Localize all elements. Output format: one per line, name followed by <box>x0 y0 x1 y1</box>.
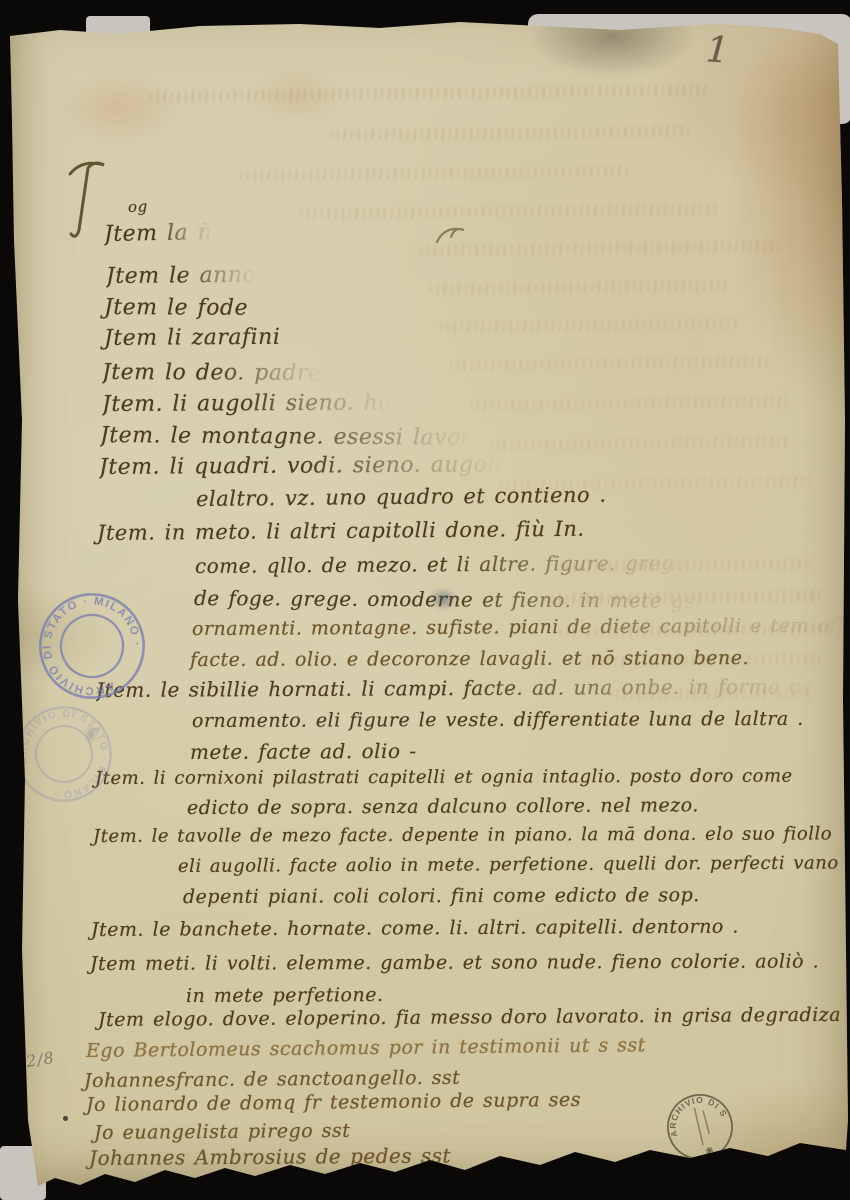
manuscript-line: mete. facte ad. olio - <box>190 739 417 764</box>
manuscript-line: ornamento. eli figure le veste. differen… <box>192 708 804 732</box>
manuscript-line: Johannes Ambrosius de pedes sst <box>89 1143 451 1170</box>
manuscript-line: Jtem la n̄ <box>104 220 213 247</box>
bleedthrough-line <box>330 126 690 141</box>
manuscript-line: Jtem. in meto. li altri capitolli done. … <box>97 517 585 545</box>
bleedthrough-line <box>470 396 790 411</box>
manuscript-line: Jtem lo deo. padre <box>102 360 322 386</box>
manuscript-line: Johannesfranc. de sanctoangello. sst <box>84 1067 461 1092</box>
manuscript-line: Ego Bertolomeus scachomus por in testimo… <box>86 1034 646 1062</box>
manuscript-line: Jtem. li quadri. vodi. sieno. augoll <box>99 452 503 480</box>
manuscript-scan: 1 ogJtem la n̄Jtem le annoJtem le fodeJt… <box>0 0 850 1200</box>
bleedthrough-line <box>490 436 790 451</box>
bleedthrough-line <box>430 280 730 295</box>
stamp-text: ARCHIVIO DI STATO ∙ MILANO ∙ <box>8 698 120 809</box>
svg-text:ARCHIVIO DI STATO ∙ MILANO ∙: ARCHIVIO DI STATO ∙ MILANO ∙ <box>8 698 120 809</box>
pencil-archive-note: 2/8 <box>25 1048 56 1071</box>
manuscript-paper: 1 ogJtem la n̄Jtem le annoJtem le fodeJt… <box>0 0 850 1200</box>
manuscript-line: Jtem. li augolli sieno. ho <box>102 390 392 417</box>
manuscript-line: Jtem meti. li volti. elemme. gambe. et s… <box>90 950 819 975</box>
bleedthrough-line <box>240 166 630 182</box>
bleedthrough-line <box>450 356 770 371</box>
bleedthrough-line <box>440 318 740 333</box>
manuscript-line: elaltro. vz. uno quadro et contieno . <box>196 483 607 511</box>
manuscript-line: Jtem le fode <box>104 295 248 321</box>
manuscript-line: Jtem. le montagne. esessi lavor <box>100 423 472 451</box>
stamp-text: ARCHIVIO DI STATO <box>658 1085 730 1141</box>
ink-smudge <box>424 584 462 614</box>
red-speck <box>383 1174 390 1181</box>
folio-number: 1 <box>705 29 731 71</box>
ink-mark <box>84 722 98 746</box>
manuscript-line: in mete perfetione. <box>186 984 384 1007</box>
manuscript-line: Jtem elogo. dove. eloperino. fia messo d… <box>98 1004 850 1031</box>
manuscript-line: depenti piani. coli colori. fini come ed… <box>183 884 700 908</box>
manuscript-line: edicto de sopra. senza dalcuno collore. … <box>187 794 699 819</box>
manuscript-line: og <box>128 197 148 216</box>
manuscript-line: come. qllo. de mezo. et li altre. figure… <box>195 551 693 578</box>
svg-text:✱: ✱ <box>704 1145 716 1158</box>
manuscript-line: Jo euangelista pirego sst <box>94 1120 350 1144</box>
manuscript-line: Jo lionardo de domq fr testemonio de sup… <box>86 1089 581 1116</box>
black-speck <box>63 1116 68 1121</box>
manuscript-line: Jtem li zarafini <box>104 325 280 351</box>
manuscript-line: ornamenti. montagne. sufiste. piani de d… <box>192 614 850 640</box>
manuscript-line: Jtem le anno <box>106 263 257 289</box>
manuscript-line: Jtem. le tavolle de mezo facte. depente … <box>93 823 832 847</box>
archivio-stamp-black: ARCHIVIO DI STATO ✱ <box>651 1078 750 1177</box>
bleedthrough-line <box>300 203 720 219</box>
bleedthrough-line <box>150 85 710 103</box>
flourish-icon <box>435 222 467 248</box>
svg-text:ARCHIVIO DI STATO: ARCHIVIO DI STATO <box>658 1085 730 1141</box>
manuscript-line: eli augolli. facte aolio in mete. perfet… <box>178 852 850 877</box>
manuscript-line: Jtem. le banchete. hornate. come. li. al… <box>91 916 739 941</box>
bleedthrough-line <box>420 241 780 256</box>
archivio-stamp-purple-lower: ARCHIVIO DI STATO ∙ MILANO ∙ <box>0 685 133 822</box>
manuscript-line: facte. ad. olio. e decoronze lavagli. et… <box>190 647 749 671</box>
manuscript-line: Jtem. li cornixoni pilastrati capitelli … <box>95 766 793 789</box>
manuscript-line: Jtem. le sibillie hornati. li campi. fac… <box>96 674 822 702</box>
